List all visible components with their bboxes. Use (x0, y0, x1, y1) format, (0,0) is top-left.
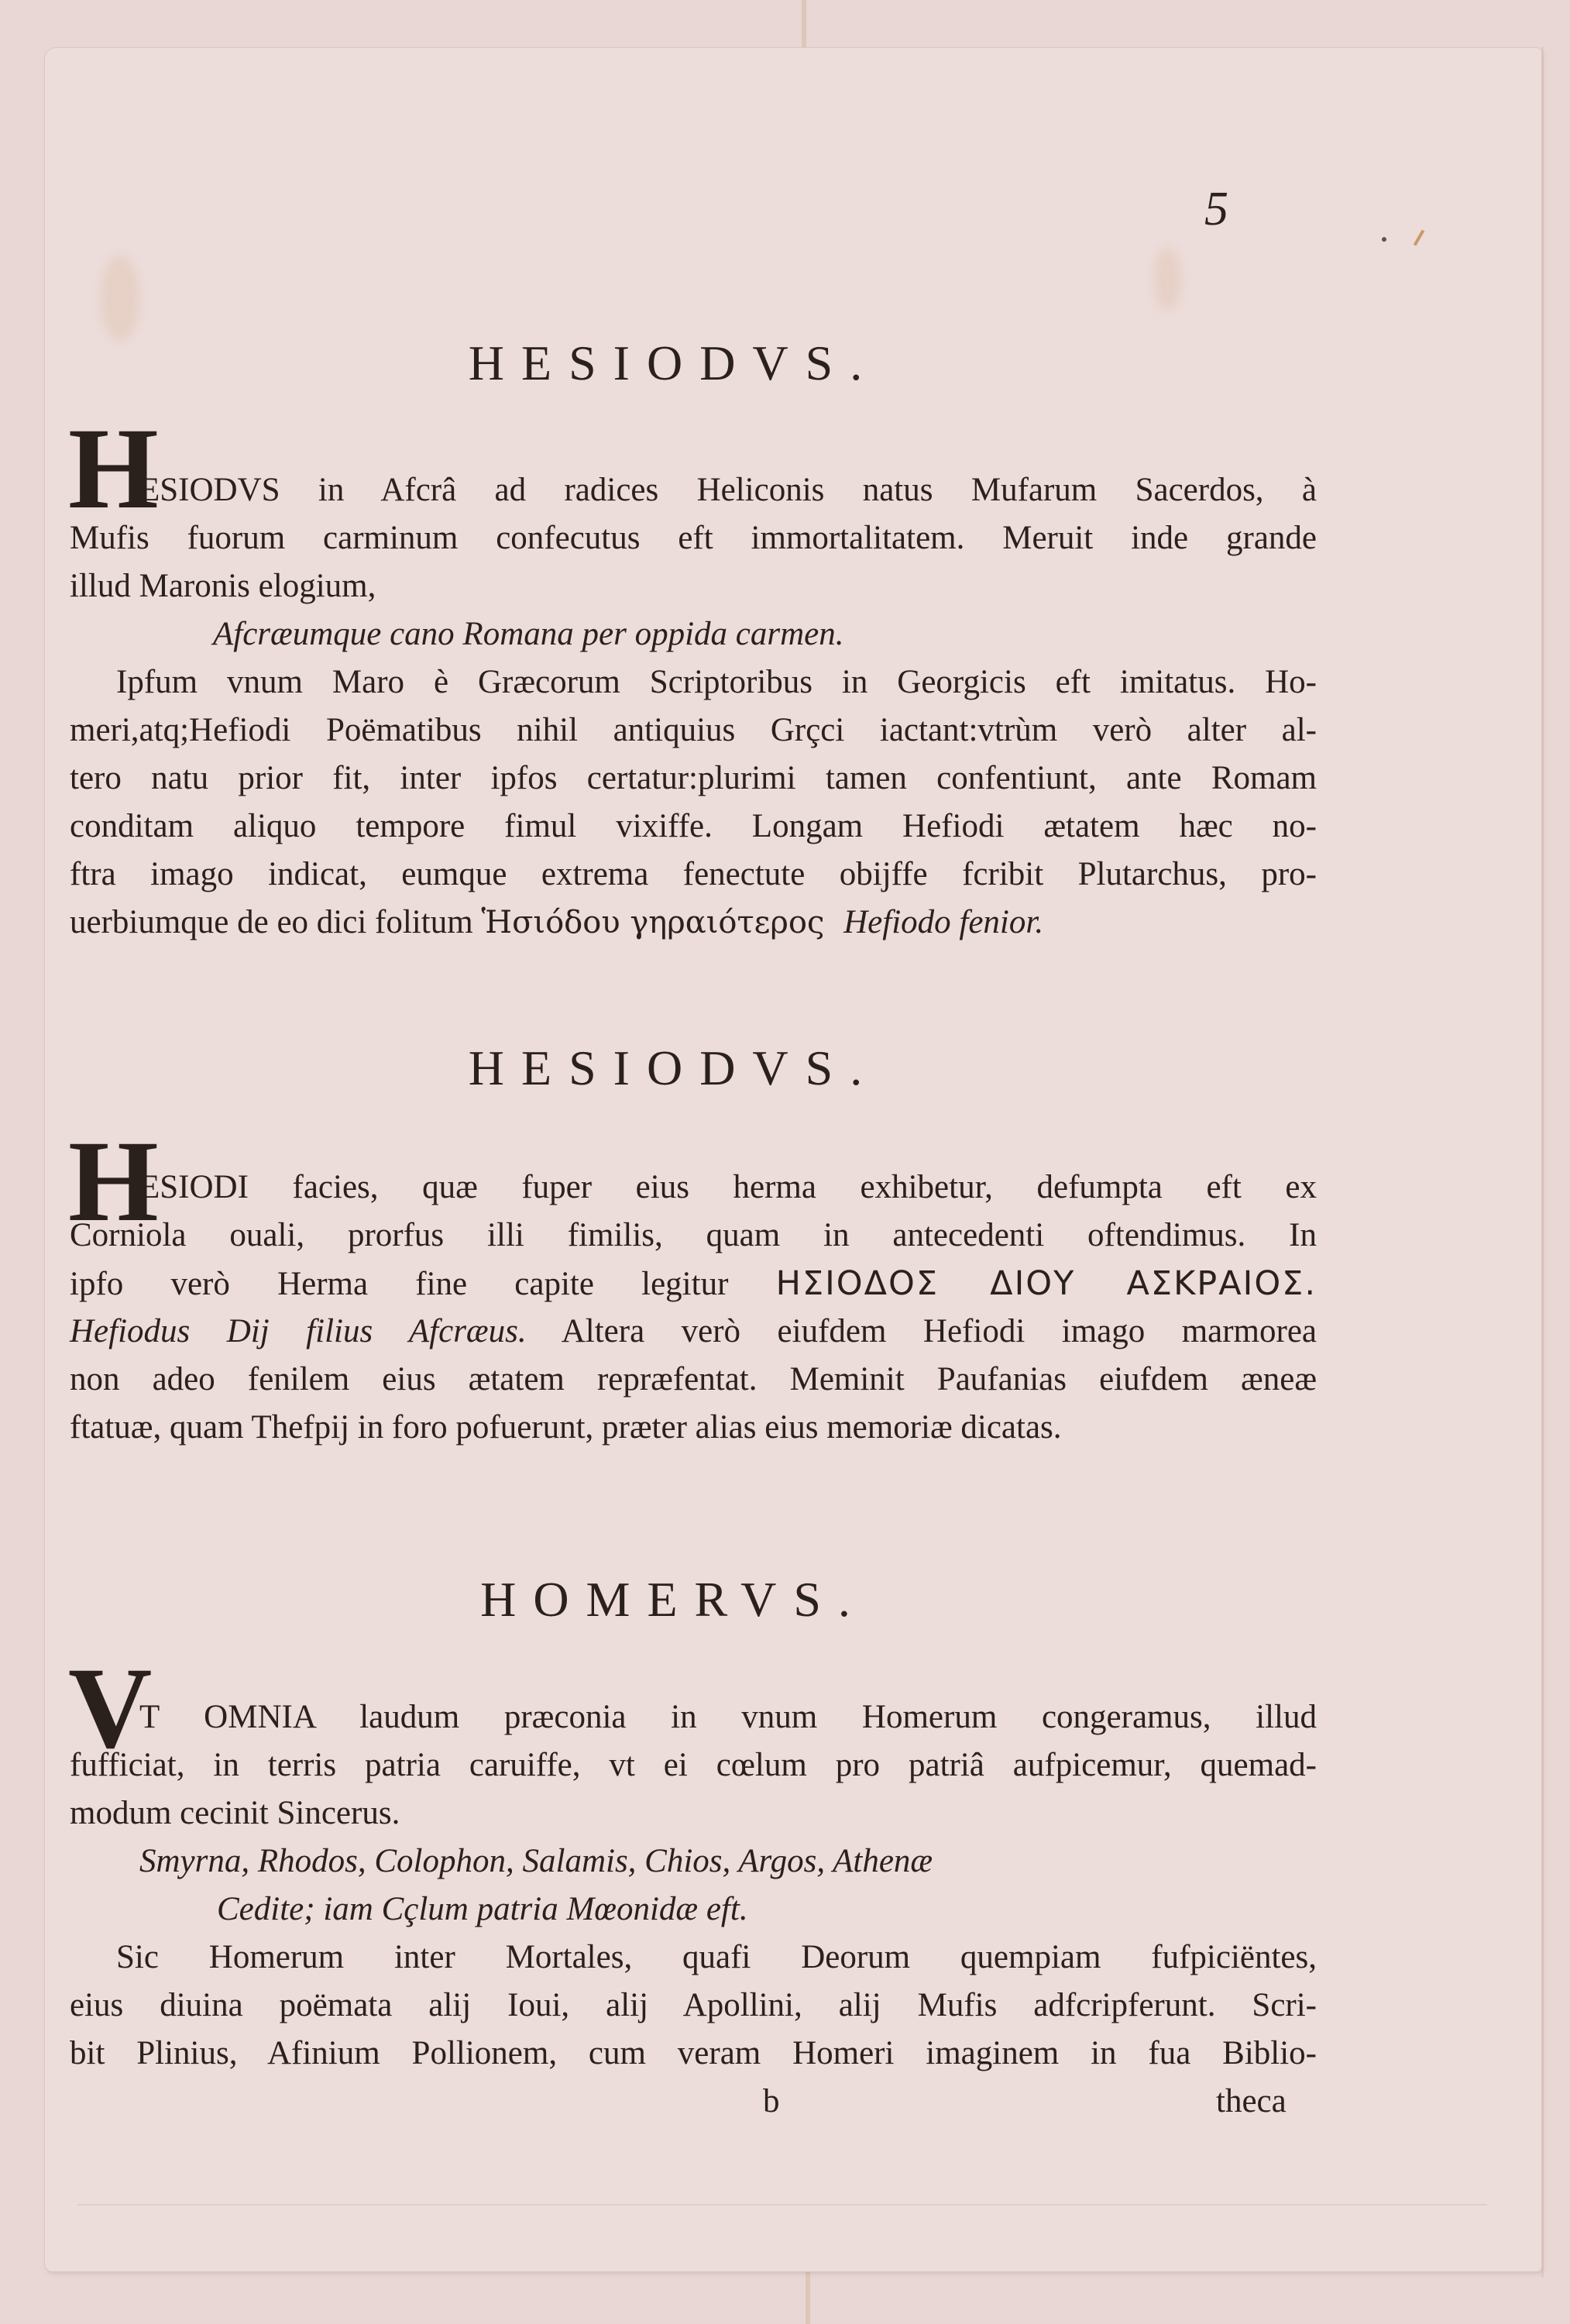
section-heading-hesiodus-1: HESIODVS. (0, 335, 1348, 392)
paragraph-line: modum cecinit Sincerus. (70, 1794, 1317, 1833)
paragraph-line: Hefiodus Dij filius Afcræus. Altera verò… (70, 1312, 1317, 1351)
page-number: 5 (1204, 182, 1228, 237)
paragraph-line: bit Plinius, Afinium Pollionem, cum vera… (70, 2034, 1317, 2073)
paragraph-line: ESIODVS in Afcrâ ad radices Heliconis na… (139, 471, 1317, 510)
section-heading-hesiodus-2: HESIODVS. (0, 1040, 1348, 1097)
paragraph-line: tero natu prior fit, inter ipfos certatu… (70, 759, 1317, 798)
paragraph-line: fufficiat, in terris patria caruiffe, vt… (70, 1746, 1317, 1785)
paragraph-line: illud Maronis elogium, (70, 567, 1317, 606)
paragraph-line: Corniola ouali, prorfus illi fimilis, qu… (70, 1216, 1317, 1255)
paragraph-line: Sic Homerum inter Mortales, quafi Deorum… (116, 1938, 1317, 1977)
verse-line: Smyrna, Rhodos, Colophon, Salamis, Chios… (139, 1842, 933, 1880)
paragraph-line: ftra imago indicat, eumque extrema fenec… (70, 855, 1317, 894)
paragraph-line: Ipfum vnum Maro è Græcorum Scriptoribus … (116, 663, 1317, 702)
proverb-greek: Ἡσιόδου γηραιότερος (481, 905, 824, 940)
paragraph-line: conditam aliquo tempore fimul vixiffe. L… (70, 807, 1317, 846)
background-fold-top (802, 0, 806, 54)
paragraph-line-greek-proverb: uerbiumque de eo dici folitum Ἡσιόδου γη… (70, 903, 1317, 942)
paper-fold-line (77, 2204, 1487, 2205)
inscription-translation: Hefiodus Dij filius Afcræus. (70, 1313, 527, 1349)
paragraph-line-greek-inscription: ipfo verò Herma fine capite legitur ΗΣΙΟ… (70, 1264, 1317, 1304)
background-fold-right (1541, 46, 1544, 2278)
ink-speck (1382, 237, 1386, 242)
proverb-latin: uerbiumque de eo dici folitum (70, 904, 473, 940)
verse-quote: Afcræumque cano Romana per oppida carmen… (213, 615, 843, 653)
paragraph-line: Mufis fuorum carminum confecutus eft imm… (70, 519, 1317, 558)
background-fold-bottom (806, 2270, 810, 2324)
paragraph-line: ESIODI facies, quæ fuper eius herma exhi… (139, 1168, 1317, 1207)
paragraph-line: T OMNIA laudum præconia in vnum Homerum … (139, 1698, 1317, 1737)
section-heading-homerus: HOMERVS. (0, 1571, 1348, 1628)
verse-line: Cedite; iam Cçlum patria Mœonidæ eft. (217, 1890, 748, 1928)
paragraph-text: Altera verò eiufdem Hefiodi imago marmor… (562, 1313, 1317, 1349)
greek-inscription: ΗΣΙΟΔΟΣ ΔΙΟΥ ΑΣΚΡΑΙΟΣ. (776, 1264, 1317, 1303)
paper-stain (101, 256, 139, 341)
proverb-translation: Hefiodo fenior. (843, 904, 1043, 940)
paragraph-line: non adeo fenilem eius ætatem repræfentat… (70, 1360, 1317, 1399)
paper-stain (1154, 248, 1181, 310)
signature-mark: b (763, 2082, 780, 2120)
paragraph-line: ftatuæ, quam Thefpij in foro pofuerunt, … (70, 1408, 1317, 1447)
inscription-intro: ipfo verò Herma fine capite legitur (70, 1266, 728, 1302)
paragraph-line: eius diuina poëmata alij Ioui, alij Apol… (70, 1986, 1317, 2025)
paragraph-line: meri,atq;Hefiodi Poëmatibus nihil antiqu… (70, 711, 1317, 750)
catchword: theca (1216, 2082, 1287, 2120)
